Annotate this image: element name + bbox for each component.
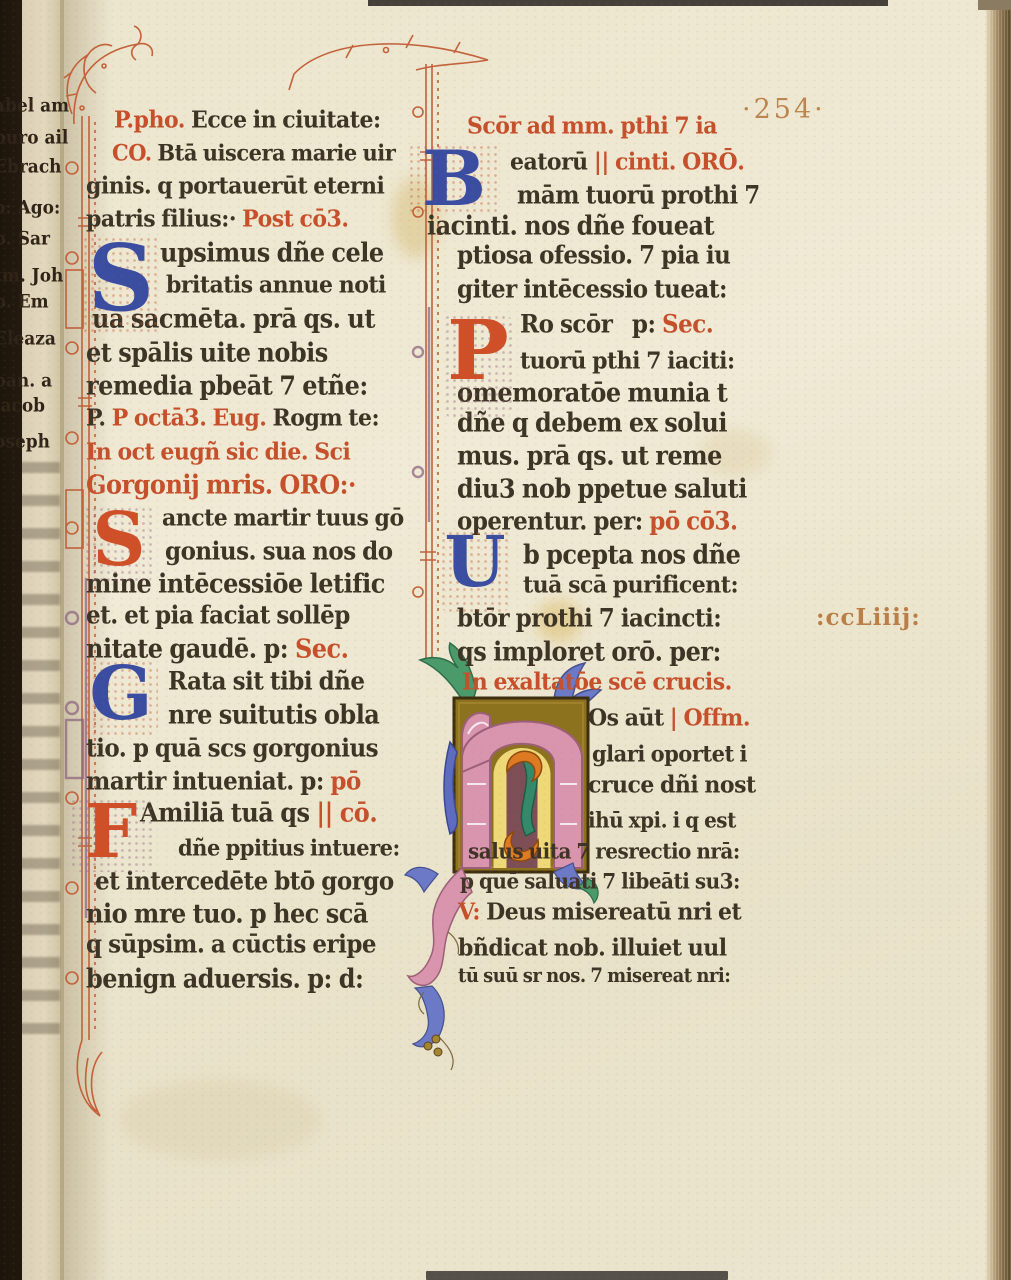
drop-cap-initial-P: P xyxy=(444,314,512,418)
rubric-text: pō cō3. xyxy=(649,507,737,536)
drop-cap-initial-B: B xyxy=(408,144,500,216)
facing-page-text-fragment: Eleaza xyxy=(0,328,56,350)
drop-cap-initial-F: F xyxy=(70,798,152,872)
book-spine-edge xyxy=(0,0,22,1280)
manuscript-page-photo: P.pho. Ecce in ciuitate:CO. Btā uiscera … xyxy=(0,0,1011,1280)
body-text: cruce dñi nost xyxy=(588,771,756,799)
text-line: ptiosa ofessio. 7 pia iu xyxy=(457,243,730,268)
facing-page-text-fragment: b. Sar xyxy=(0,228,56,250)
body-text: tio. p quā scs gorgonius xyxy=(86,734,378,763)
text-line: dñe ppitius intuere: xyxy=(178,836,400,859)
facing-page-text-fragment: oseph xyxy=(0,431,56,453)
body-text: et. et pia faciat sollēp xyxy=(86,601,350,630)
rubric-text: Gorgonij mris. ORO:· xyxy=(86,469,356,500)
text-line: et. et pia faciat sollēp xyxy=(86,603,350,628)
body-text: nio mre tuo. p hec scā xyxy=(86,898,368,929)
text-line: bñdicat nob. illuiet uul xyxy=(458,936,727,960)
text-line: tuā scā purificent: xyxy=(523,573,738,597)
text-line: tuorū pthi 7 iaciti: xyxy=(520,349,735,373)
body-text: benign aduersis. p: d: xyxy=(86,963,363,994)
text-line: diu3 nob ppetue saluti xyxy=(457,476,747,502)
body-text: p quē saluati 7 libeāti su3: xyxy=(460,868,740,894)
scan-corner-top-right xyxy=(978,0,1011,10)
top-center-swash-flourish xyxy=(286,20,496,100)
body-text: ptiosa ofessio. 7 pia iu xyxy=(457,241,730,270)
body-text: salus uita 7 resrectio nrā: xyxy=(468,838,740,864)
rubric-text: || cō. xyxy=(316,797,377,828)
body-text: remedia pbeāt 7 etñe: xyxy=(86,370,368,401)
facing-page-text-fragment: buro ail xyxy=(0,127,56,149)
drop-cap-initial-U: U xyxy=(440,530,510,612)
text-line: ginis. q portauerūt eterni xyxy=(86,174,384,198)
body-text: ginis. q portauerūt eterni xyxy=(86,172,384,200)
body-text: Btā uiscera marie uir xyxy=(157,139,395,166)
drop-cap-initial-S: S xyxy=(84,506,154,582)
body-text: tuā scā purificent: xyxy=(523,571,738,599)
text-line: V: Deus misereatū nri et xyxy=(458,900,741,924)
text-line: nio mre tuo. p hec scā xyxy=(86,901,368,927)
margin-numeral: :ccLiiij: xyxy=(816,604,921,631)
text-line: ancte martir tuus gō xyxy=(162,506,404,530)
rubric-text: V: xyxy=(458,898,486,926)
rubric-text: Scōr ad mm. pthi 7 ia xyxy=(467,112,717,140)
rubric-text: || cinti. ORŌ. xyxy=(594,148,745,176)
text-line: p quē saluati 7 libeāti su3: xyxy=(460,870,740,892)
text-line: salus uita 7 resrectio nrā: xyxy=(468,840,740,862)
body-text: eatorū xyxy=(510,148,594,176)
body-text: bñdicat nob. illuiet uul xyxy=(458,934,727,962)
body-text: gonius. sua nos do xyxy=(165,537,393,566)
body-text: ancte martir tuus gō xyxy=(162,504,404,532)
text-line: remedia pbeāt 7 etñe: xyxy=(86,373,368,399)
text-line: In exaltatōe scē crucis. xyxy=(462,670,732,694)
body-text: ihū xpi. i q est xyxy=(588,807,736,833)
text-line: et spālis uite nobis xyxy=(86,340,328,366)
rubric-text: In oct eugñ sic die. Sci xyxy=(86,438,350,466)
text-line: Os aūt | Offm. xyxy=(588,706,750,730)
text-line: Scōr ad mm. pthi 7 ia xyxy=(467,114,717,138)
text-line: glari oportet i xyxy=(592,742,747,765)
facing-page-text-fragment: abel am xyxy=(0,95,56,117)
text-line: Gorgonij mris. ORO:· xyxy=(86,472,356,498)
body-text: Amiliā tuā qs xyxy=(140,797,316,828)
facing-page-text-fragment: iacob xyxy=(0,395,56,417)
text-line: mus. prā qs. ut reme xyxy=(457,443,722,469)
text-line: giter intēcessio tueat: xyxy=(457,277,727,302)
blue-tail-curl-top xyxy=(405,867,438,892)
scan-background-top xyxy=(368,0,888,6)
text-line: In oct eugñ sic die. Sci xyxy=(86,440,350,464)
body-text: P. xyxy=(86,404,112,432)
facing-page-text-fragment: o: Ago: xyxy=(0,197,56,219)
text-line: britatis annue noti xyxy=(166,273,386,297)
body-text: Deus misereatū nri et xyxy=(486,898,741,926)
rubric-text: pō xyxy=(330,767,360,796)
text-line: cruce dñi nost xyxy=(588,773,756,797)
rubric-text: Post cō3. xyxy=(242,205,348,233)
text-line: tū suū sr nos. 7 misereat nri: xyxy=(458,967,730,986)
drop-cap-initial-G: G xyxy=(84,660,158,736)
page-edges-right xyxy=(986,0,1011,1280)
body-text: upsimus dñe cele xyxy=(160,237,384,268)
body-text: Rogm te: xyxy=(273,404,380,432)
body-text: dñe ppitius intuere: xyxy=(178,834,400,861)
text-line: mām tuorū prothi 7 xyxy=(517,183,760,208)
parchment-stain xyxy=(120,1080,320,1160)
rubric-text: P octā3. Eug. xyxy=(112,404,273,432)
body-text: glari oportet i xyxy=(592,740,747,767)
body-text: qs imploret orō. per: xyxy=(457,636,721,667)
rubric-text: Sec. xyxy=(662,310,713,339)
rubric-text: | Offm. xyxy=(670,704,750,732)
facing-page-text-fragment: p. Em xyxy=(0,291,56,313)
body-text: mām tuorū prothi 7 xyxy=(517,181,760,210)
body-text: britatis annue noti xyxy=(166,271,386,299)
text-line: et intercedēte btō gorgo xyxy=(95,869,394,894)
body-text: Rata sit tibi dñe xyxy=(168,667,365,696)
text-line: qs imploret orō. per: xyxy=(457,639,721,665)
text-line: b pcepta nos dñe xyxy=(523,542,740,568)
text-line: P. P octā3. Eug. Rogm te: xyxy=(86,406,379,430)
body-text: et spālis uite nobis xyxy=(86,337,328,368)
folio-number: ·254· xyxy=(742,94,826,125)
text-line: eatorū || cinti. ORŌ. xyxy=(510,150,744,174)
facing-page-text-fragment: tm. Joh xyxy=(0,265,56,287)
text-line: P.pho. Ecce in ciuitate: xyxy=(114,108,381,132)
drop-cap-initial-S: S xyxy=(82,236,160,336)
rubric-text: Sec. xyxy=(295,633,349,664)
rubric-text: CO. xyxy=(112,139,157,166)
rubric-text: In exaltatōe scē crucis. xyxy=(462,668,732,696)
scan-background-bottom xyxy=(426,1271,728,1280)
body-text: Ro scōr p: xyxy=(520,310,662,339)
rubric-text: P.pho. xyxy=(114,106,191,134)
text-line: ihū xpi. i q est xyxy=(588,809,736,831)
text-line: tio. p quā scs gorgonius xyxy=(86,736,378,761)
facing-page-text-fragment: Ebrach xyxy=(0,156,56,178)
body-text: b pcepta nos dñe xyxy=(523,539,740,570)
facing-page-text-fragment: ban. a xyxy=(0,370,56,392)
body-text: mus. prā qs. ut reme xyxy=(457,440,722,471)
body-text: Os aūt xyxy=(588,704,670,732)
body-text: q sūpsim. a cūctis eripe xyxy=(86,930,376,959)
text-line: gonius. sua nos do xyxy=(165,539,393,564)
body-text: Ecce in ciuitate: xyxy=(191,106,381,134)
body-text: diu3 nob ppetue saluti xyxy=(457,473,747,504)
text-line: upsimus dñe cele xyxy=(160,240,384,266)
body-text: tū suū sr nos. 7 misereat nri: xyxy=(458,965,730,988)
text-line: Amiliā tuā qs || cō. xyxy=(140,800,377,826)
text-line: Ro scōr p: Sec. xyxy=(520,312,713,337)
body-text: tuorū pthi 7 iaciti: xyxy=(520,347,735,375)
text-line: Rata sit tibi dñe xyxy=(168,669,365,694)
body-text: nre suitutis obla xyxy=(168,699,379,730)
text-line: nre suitutis obla xyxy=(168,702,379,728)
body-text: giter intēcessio tueat: xyxy=(457,275,727,304)
text-line: q sūpsim. a cūctis eripe xyxy=(86,932,376,957)
text-line: CO. Btā uiscera marie uir xyxy=(112,141,395,164)
text-line: benign aduersis. p: d: xyxy=(86,966,363,992)
